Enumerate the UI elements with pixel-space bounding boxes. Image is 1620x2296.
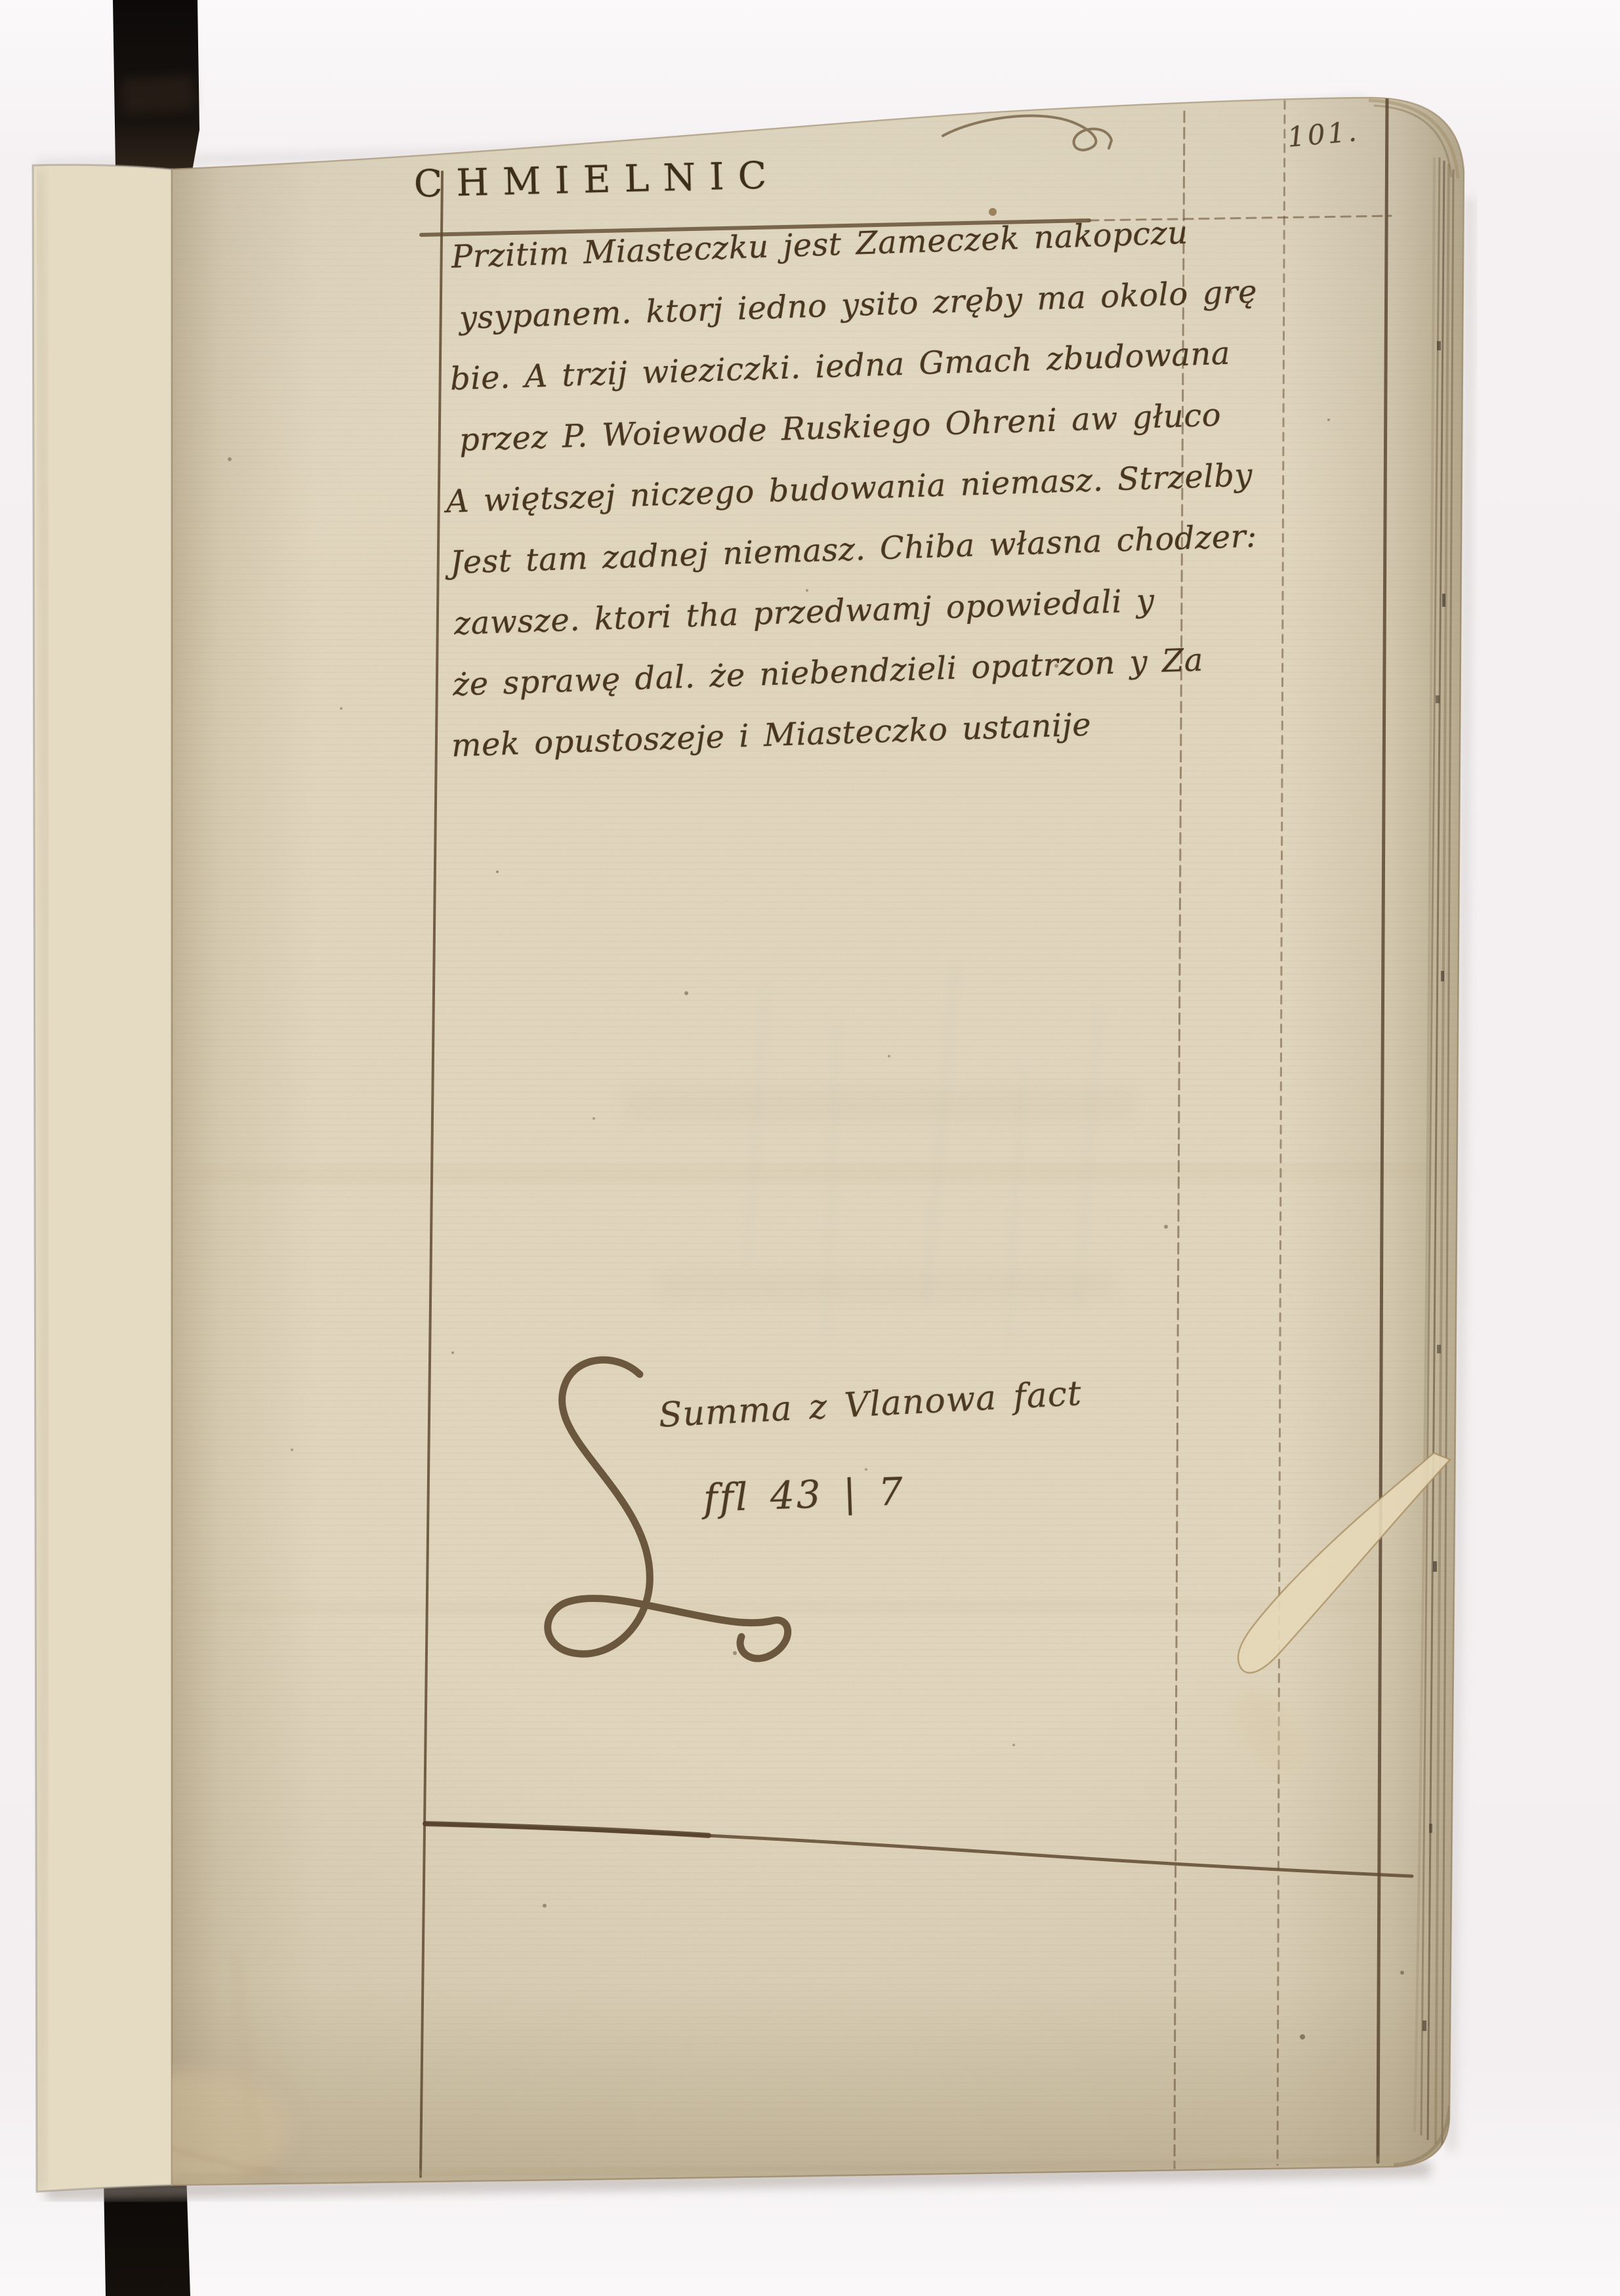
scanned-manuscript-page: 101. CHMIELNIC Przitim Miasteczku jest Z…: [0, 0, 1620, 2296]
show-through-band: [623, 1089, 1135, 1119]
show-through: [923, 965, 957, 1305]
summary-amount: ffl 43 | 7: [703, 1469, 905, 1521]
text-layer: 101. CHMIELNIC Przitim Miasteczku jest Z…: [0, 0, 1620, 2296]
text-line: A więtszej niczego budowania niemasz. St…: [446, 457, 1253, 520]
show-through-band: [656, 1273, 1115, 1299]
text-line: ysypanem. ktorj iedno ysito zręby ma oko…: [459, 274, 1258, 337]
page-number: 101.: [1286, 115, 1360, 153]
text-line: bie. A trzij wieziczki. iedna Gmach zbud…: [449, 335, 1231, 398]
text-line: mek opustoszeje i Miasteczko ustanije: [451, 707, 1092, 764]
text-line: że sprawę dal. że niebendzieli opatrzon …: [452, 642, 1204, 703]
text-line: Przitim Miasteczku jest Zameczek nakopcz…: [451, 215, 1189, 276]
summary-line: Summa z Vlanowa fact: [657, 1374, 1083, 1435]
text-line: Jest tam zadnej niemasz. Chiba własna ch…: [449, 518, 1258, 581]
show-through: [745, 984, 768, 1265]
text-line: przez P. Woiewode Ruskiego Ohreni aw głu…: [459, 397, 1222, 459]
show-through: [1075, 1004, 1101, 1311]
section-heading: CHMIELNIC: [413, 154, 781, 206]
text-line: zawsze. ktori tha przedwamj opowiedali y: [453, 583, 1155, 642]
